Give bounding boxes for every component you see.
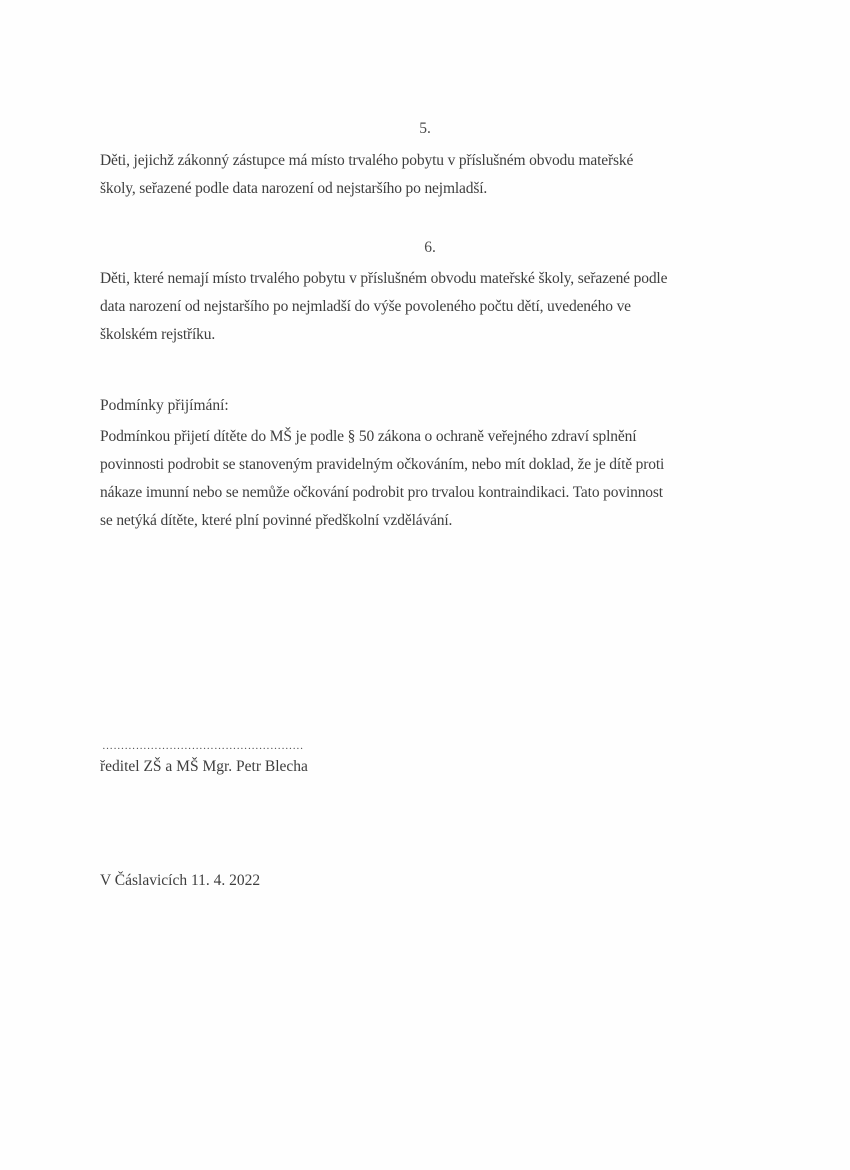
text-line: Podmínkou přijetí dítěte do MŠ je podle … <box>100 423 740 451</box>
text-line: školy, seřazené podle data narození od n… <box>100 175 740 203</box>
text-line: nákaze imunní nebo se nemůže očkování po… <box>100 479 740 507</box>
text-line: Děti, jejichž zákonný zástupce má místo … <box>100 147 740 175</box>
section-number-5: 5. <box>0 120 850 138</box>
document-page: 5. Děti, jejichž zákonný zástupce má mís… <box>0 0 850 1170</box>
section-5-text: Děti, jejichž zákonný zástupce má místo … <box>100 147 740 203</box>
text-line: se netýká dítěte, které plní povinné pře… <box>100 507 740 535</box>
signature-line: ……………………………………………… <box>102 740 304 752</box>
place-and-date: V Čáslavicích 11. 4. 2022 <box>100 872 260 890</box>
conditions-title: Podmínky přijímání: <box>100 397 229 415</box>
conditions-text: Podmínkou přijetí dítěte do MŠ je podle … <box>100 423 740 535</box>
text-line: školském rejstříku. <box>100 321 740 349</box>
text-line: data narození od nejstaršího po nejmladš… <box>100 293 740 321</box>
signatory-name: ředitel ZŠ a MŠ Mgr. Petr Blecha <box>100 758 308 776</box>
text-line: Děti, které nemají místo trvalého pobytu… <box>100 265 740 293</box>
section-number-6: 6. <box>5 239 850 257</box>
section-6-text: Děti, které nemají místo trvalého pobytu… <box>100 265 740 349</box>
text-line: povinnosti podrobit se stanoveným pravid… <box>100 451 740 479</box>
